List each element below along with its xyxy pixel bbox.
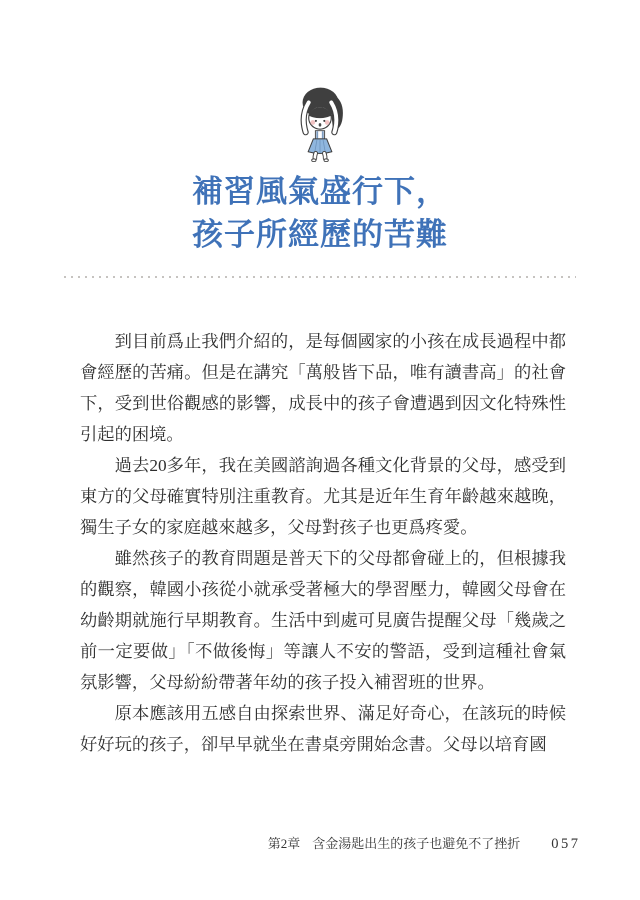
- footer-page-number: 057: [551, 836, 580, 853]
- footer-chapter-title: 含金湯匙出生的孩子也避免不了挫折: [312, 833, 520, 852]
- body-text: 到目前爲止我們介紹的，是每個國家的小孩在成長過程中都會經歷的苦痛。但是在講究「萬…: [80, 326, 566, 760]
- page-footer: 第2章 含金湯匙出生的孩子也避免不了挫折 057: [268, 833, 578, 853]
- body-paragraph: 原本應該用五感自由探索世界、滿足好奇心，在該玩的時候好好玩的孩子，卻早早就坐在書…: [80, 698, 566, 760]
- body-paragraph: 到目前爲止我們介紹的，是每個國家的小孩在成長過程中都會經歷的苦痛。但是在講究「萬…: [80, 326, 566, 450]
- body-paragraph: 過去20多年，我在美國諮詢過各種文化背景的父母，感受到東方的父母確實特別注重教育…: [80, 450, 566, 543]
- footer-chapter-label: 第2章: [268, 833, 301, 852]
- book-page: 補習風氣盛行下， 孩子所經歷的苦難 到目前爲止我們介紹的，是每個國家的小孩在成長…: [0, 0, 640, 900]
- body-paragraph: 雖然孩子的教育問題是普天下的父母都會碰上的，但根據我的觀察，韓國小孩從小就承受著…: [80, 543, 566, 698]
- section-title-line-1: 補習風氣盛行下，: [0, 170, 640, 213]
- worried-girl-icon: [288, 85, 352, 163]
- girl-illustration: [288, 85, 352, 163]
- dotted-divider: [64, 276, 576, 278]
- section-title-line-2: 孩子所經歷的苦難: [0, 213, 640, 256]
- section-title: 補習風氣盛行下， 孩子所經歷的苦難: [0, 170, 640, 256]
